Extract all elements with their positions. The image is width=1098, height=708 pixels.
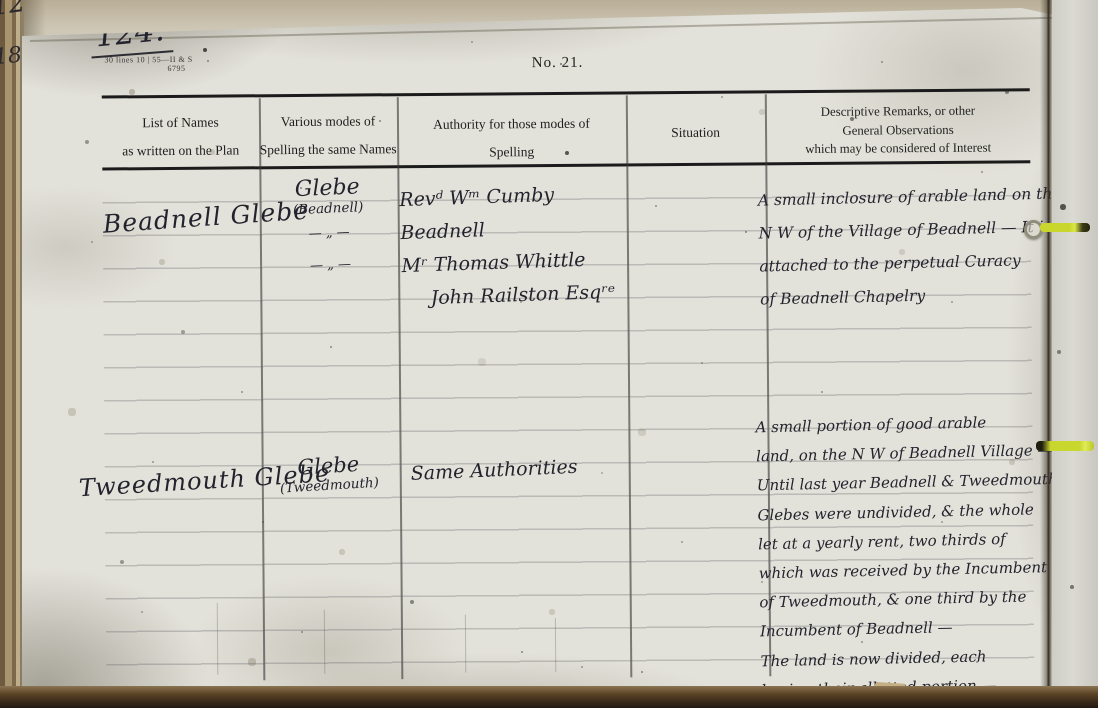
row1-spelling: Glebe(Beadnell)— „ —— „ — (265, 173, 393, 275)
row2-spelling: Glebe(Tweedmouth) (258, 450, 400, 498)
next-page-edge (1052, 0, 1098, 708)
page-gutter-crease (1040, 0, 1052, 708)
column-header-descriptive-remarks: Descriptive Remarks, or otherGeneral Obs… (765, 101, 1031, 159)
plate-note-line: 6795 (105, 64, 215, 74)
column-header-list-of-names: List of Namesas written on the Plan (102, 108, 259, 165)
printer-plate-note: 30 lines 10 | 55—II & S 6795 (104, 55, 214, 74)
binding-cord-icon (1036, 441, 1094, 451)
row1-remarks: A small inclosure of arable land on theN… (757, 178, 1040, 317)
row2-remarks: A small portion of good arableland, on t… (755, 407, 1051, 705)
table-rule-top (102, 88, 1030, 98)
binding-cord-icon (1040, 223, 1090, 232)
page-content: 122 124. 30 lines 10 | 55—II & S 6795 No… (0, 0, 1098, 708)
page-number-fragment: 18 (0, 43, 23, 71)
row1-authority: Revᵈ Wᵐ Cumby BeadnellMʳ Thomas WhittleJ… (399, 176, 628, 316)
column-header-situation: Situation (626, 122, 765, 143)
scanned-page-photo: 12 18 122 124. 30 lines 10 | 55—II & S 6… (0, 0, 1098, 708)
column-header-various-modes: Various modes ofSpelling the same Names (259, 107, 397, 164)
form-number: No. 21. (472, 54, 642, 72)
book-bottom-edge (0, 686, 1098, 708)
column-header-authority: Authority for those modes ofSpelling (397, 109, 626, 167)
document-page: 122 124. 30 lines 10 | 55—II & S 6795 No… (0, 0, 1098, 708)
